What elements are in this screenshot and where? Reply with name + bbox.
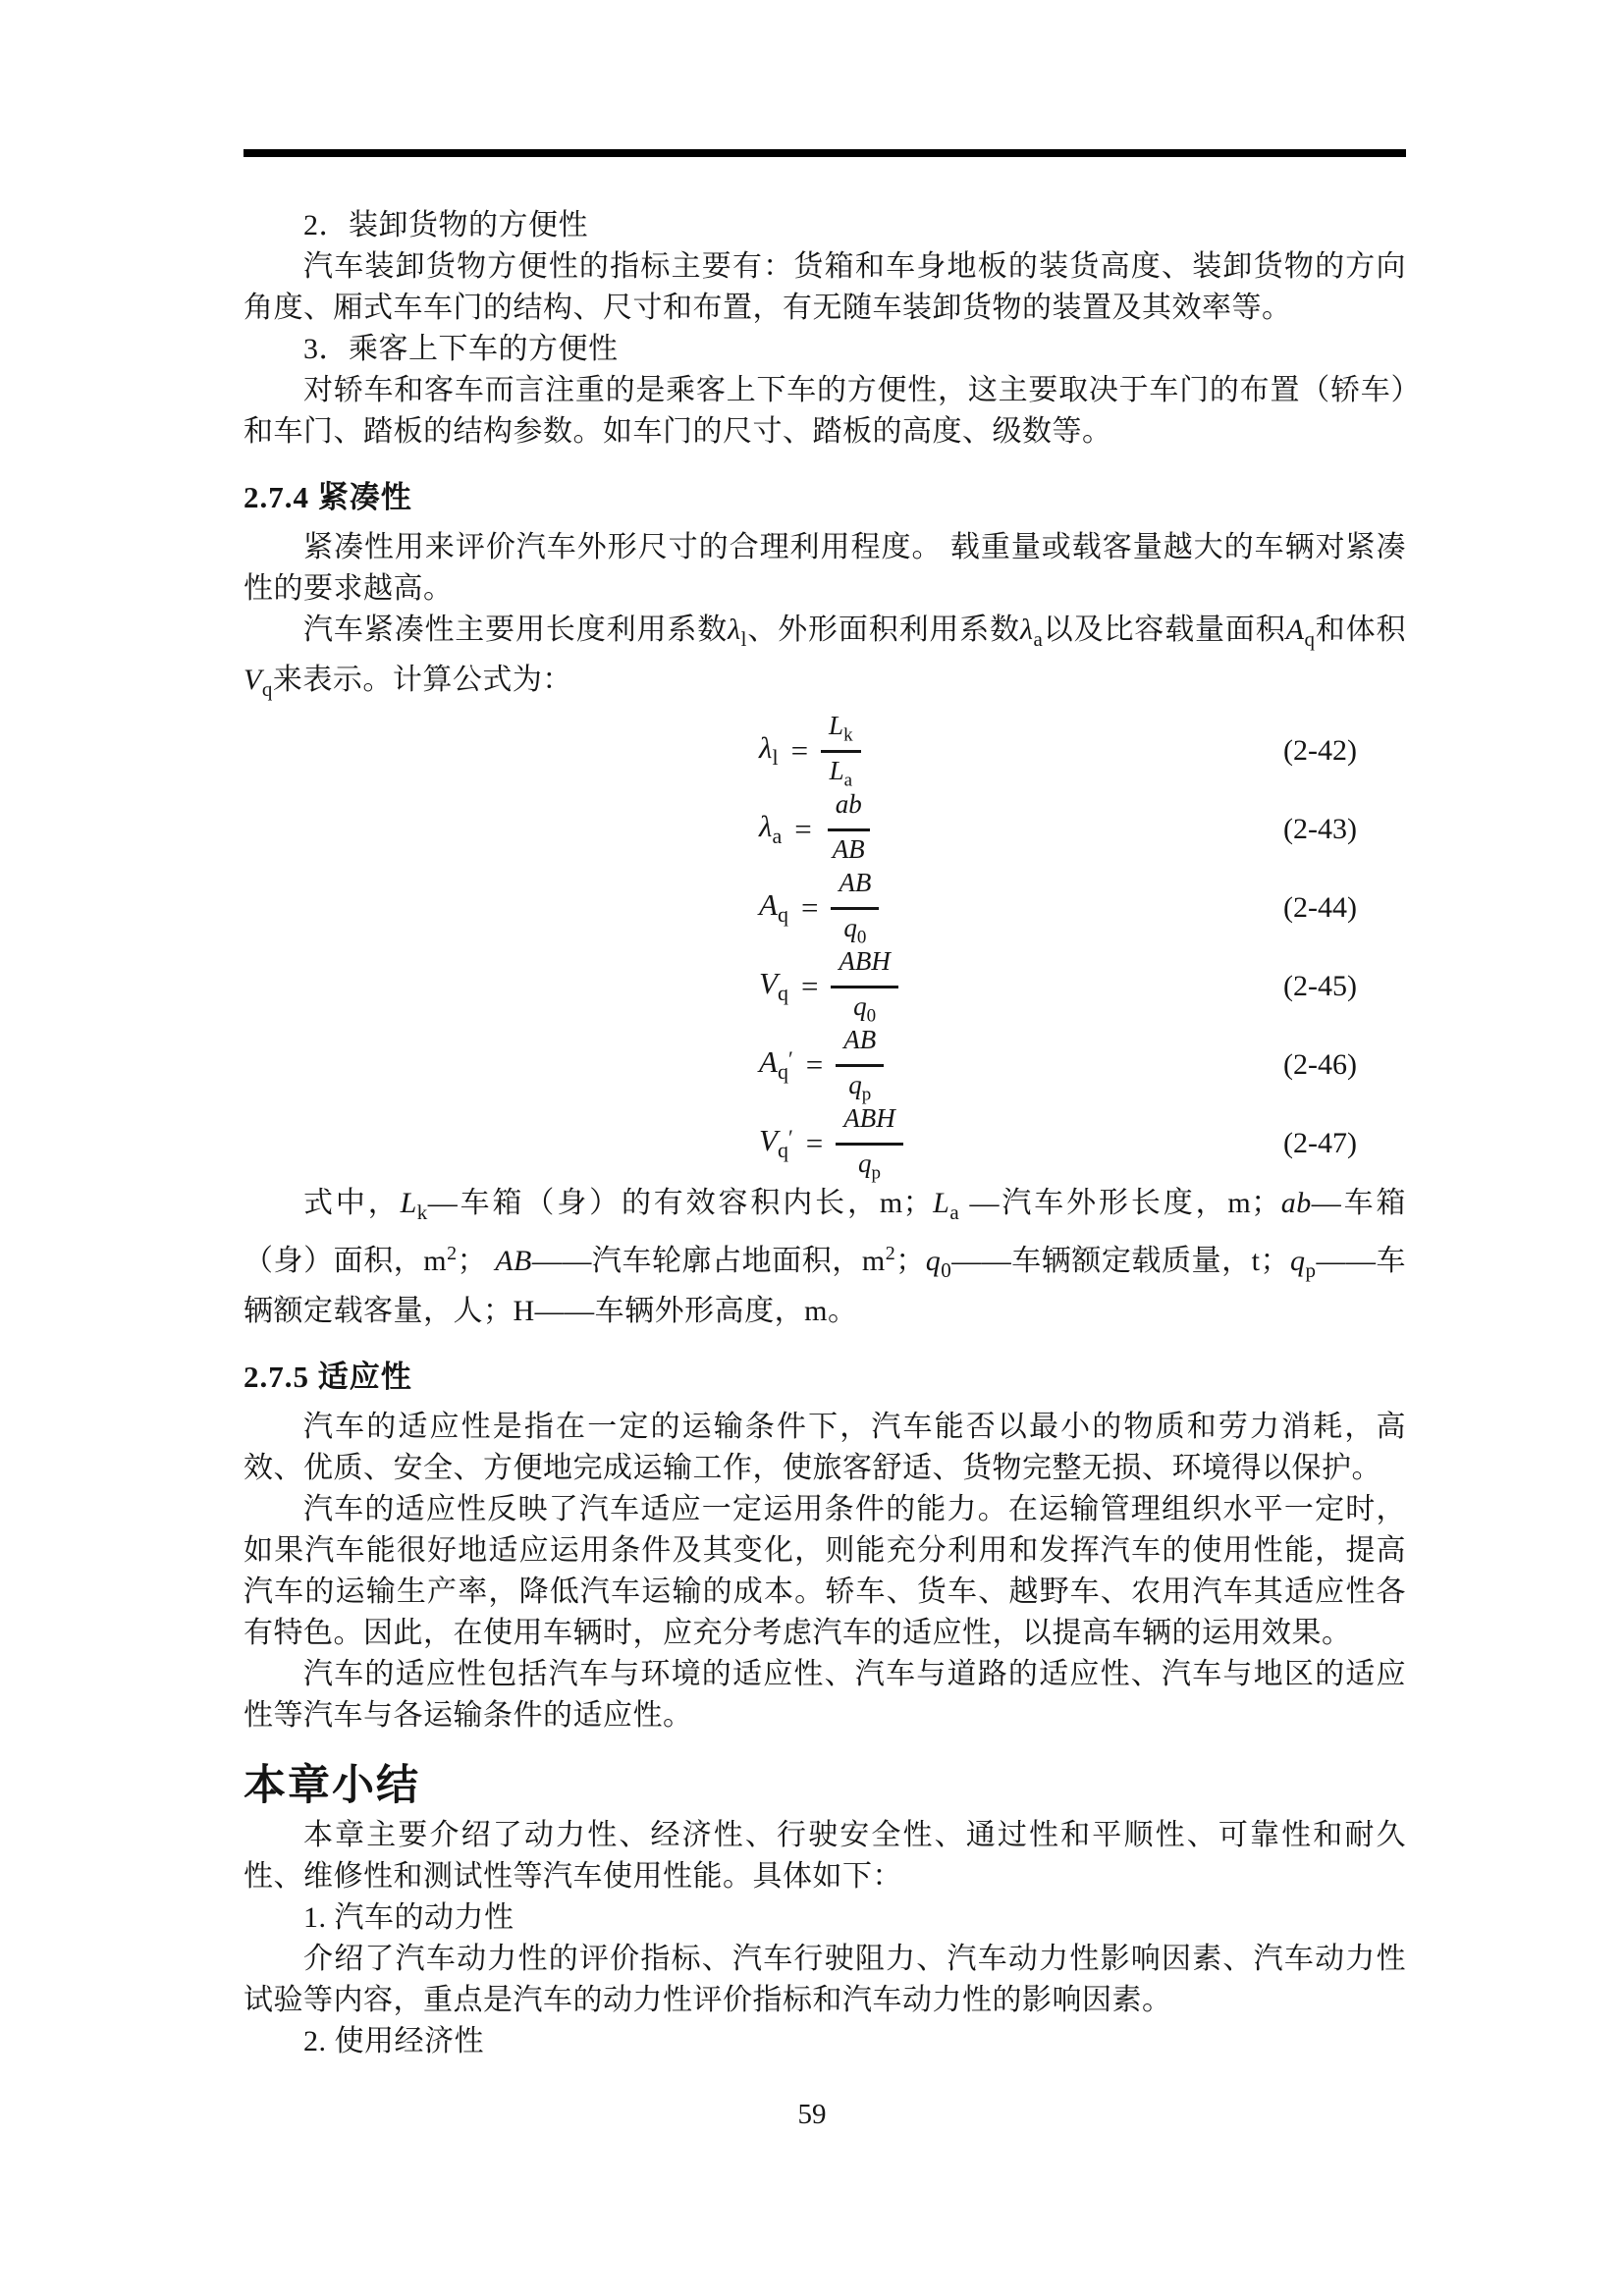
fraction: ABqp bbox=[836, 1026, 884, 1104]
var-q-p: q bbox=[1290, 1245, 1306, 1277]
var-L-k: L bbox=[401, 1187, 417, 1219]
equation-number: (2-46) bbox=[1283, 1048, 1406, 1082]
equation-row-2-47: Vq′=ABHqp (2-47) bbox=[244, 1104, 1406, 1183]
var-AB: AB bbox=[495, 1245, 532, 1277]
fraction: ABHq0 bbox=[831, 947, 897, 1026]
equation-row-2-44: Aq=ABq0 (2-44) bbox=[244, 869, 1406, 947]
formula-lambda-l: λl=LkLa bbox=[759, 712, 861, 790]
equation-row-2-46: Aq′=ABqp (2-46) bbox=[244, 1026, 1406, 1104]
equation-number: (2-45) bbox=[1283, 970, 1406, 1003]
page-content: 2．装卸货物的方便性 汽车装卸货物方便性的指标主要有：货箱和车身地板的装货高度、… bbox=[244, 149, 1406, 2062]
equation-row-2-45: Vq=ABHq0 (2-45) bbox=[244, 947, 1406, 1026]
equation-row-2-42: λl=LkLa (2-42) bbox=[244, 712, 1406, 790]
loading-item3-title: 3．乘客上下车的方便性 bbox=[244, 329, 1406, 370]
intro-text-5: 来表示。计算公式为： bbox=[273, 664, 572, 696]
var-L-a: L bbox=[933, 1187, 949, 1219]
adaptability-p2: 汽车的适应性反映了汽车适应一定运用条件的能力。在运输管理组织水平一定时，如果汽车… bbox=[244, 1489, 1406, 1654]
equation-number: (2-43) bbox=[1283, 813, 1406, 846]
compactness-p1: 紧凑性用来评价汽车外形尺寸的合理利用程度。 载重量或载客量越大的车辆对紧凑性的要… bbox=[244, 527, 1406, 610]
formula-V-q-prime: Vq′=ABHqp bbox=[759, 1104, 903, 1183]
var-lambda-a: λ bbox=[1020, 614, 1034, 646]
intro-text-4: 和体积 bbox=[1315, 614, 1406, 646]
equation-number: (2-44) bbox=[1283, 891, 1406, 925]
var-lambda-l: λ bbox=[728, 614, 741, 646]
loading-item2-title: 2．装卸货物的方便性 bbox=[244, 205, 1406, 246]
adaptability-p1: 汽车的适应性是指在一定的运输条件下，汽车能否以最小的物质和劳力消耗，高效、优质、… bbox=[244, 1407, 1406, 1489]
header-rule bbox=[244, 149, 1406, 157]
var-ab: ab bbox=[1281, 1187, 1312, 1219]
adaptability-p3: 汽车的适应性包括汽车与环境的适应性、汽车与道路的适应性、汽车与地区的适应性等汽车… bbox=[244, 1654, 1406, 1736]
fraction: ABq0 bbox=[831, 869, 879, 947]
chapter-summary-heading: 本章小结 bbox=[244, 1758, 1406, 1815]
formula-lambda-a: λa=abAB bbox=[759, 790, 873, 869]
section-heading-2-7-5: 2.7.5 适应性 bbox=[244, 1356, 1406, 1399]
section-heading-2-7-4: 2.7.4 紧凑性 bbox=[244, 476, 1406, 519]
symbol-definitions: 式中，Lk—车箱（身）的有效容积内长，m；La —汽车外形长度，m；ab—车箱（… bbox=[244, 1183, 1406, 1332]
fraction: LkLa bbox=[821, 712, 861, 790]
document-page: 2．装卸货物的方便性 汽车装卸货物方便性的指标主要有：货箱和车身地板的装货高度、… bbox=[0, 0, 1624, 2296]
equation-block: λl=LkLa (2-42) λa=abAB (2-43) Aq=ABq0 (2… bbox=[244, 712, 1406, 1183]
summary-item2-title: 2. 使用经济性 bbox=[244, 2021, 1406, 2062]
formula-V-q: Vq=ABHq0 bbox=[759, 947, 898, 1026]
var-V-q: V bbox=[244, 664, 262, 696]
page-number: 59 bbox=[0, 2099, 1624, 2131]
equation-row-2-43: λa=abAB (2-43) bbox=[244, 790, 1406, 869]
loading-item2-body: 汽车装卸货物方便性的指标主要有：货箱和车身地板的装货高度、装卸货物的方向角度、厢… bbox=[244, 246, 1406, 329]
summary-item1-body: 介绍了汽车动力性的评价指标、汽车行驶阻力、汽车动力性影响因素、汽车动力性试验等内… bbox=[244, 1939, 1406, 2021]
summary-p1: 本章主要介绍了动力性、经济性、行驶安全性、通过性和平顺性、可靠性和耐久性、维修性… bbox=[244, 1815, 1406, 1897]
formula-A-q-prime: Aq′=ABqp bbox=[759, 1026, 884, 1104]
loading-item3-body: 对轿车和客车而言注重的是乘客上下车的方便性，这主要取决于车门的布置（轿车）和车门… bbox=[244, 370, 1406, 453]
var-A-q: A bbox=[1286, 614, 1305, 646]
fraction: abAB bbox=[825, 790, 873, 869]
equation-number: (2-42) bbox=[1283, 734, 1406, 768]
intro-text-2: 、外形面积利用系数 bbox=[747, 614, 1020, 646]
fraction: ABHqp bbox=[836, 1104, 902, 1183]
compactness-intro: 汽车紧凑性主要用长度利用系数λl、外形面积利用系数λa以及比容载量面积Aq和体积… bbox=[244, 610, 1406, 710]
formula-A-q: Aq=ABq0 bbox=[759, 869, 879, 947]
intro-text-1: 汽车紧凑性主要用长度利用系数 bbox=[303, 614, 728, 646]
summary-item1-title: 1. 汽车的动力性 bbox=[244, 1897, 1406, 1939]
intro-text-3: 以及比容载量面积 bbox=[1043, 614, 1285, 646]
equation-number: (2-47) bbox=[1283, 1127, 1406, 1160]
var-q-0: q bbox=[926, 1245, 942, 1277]
